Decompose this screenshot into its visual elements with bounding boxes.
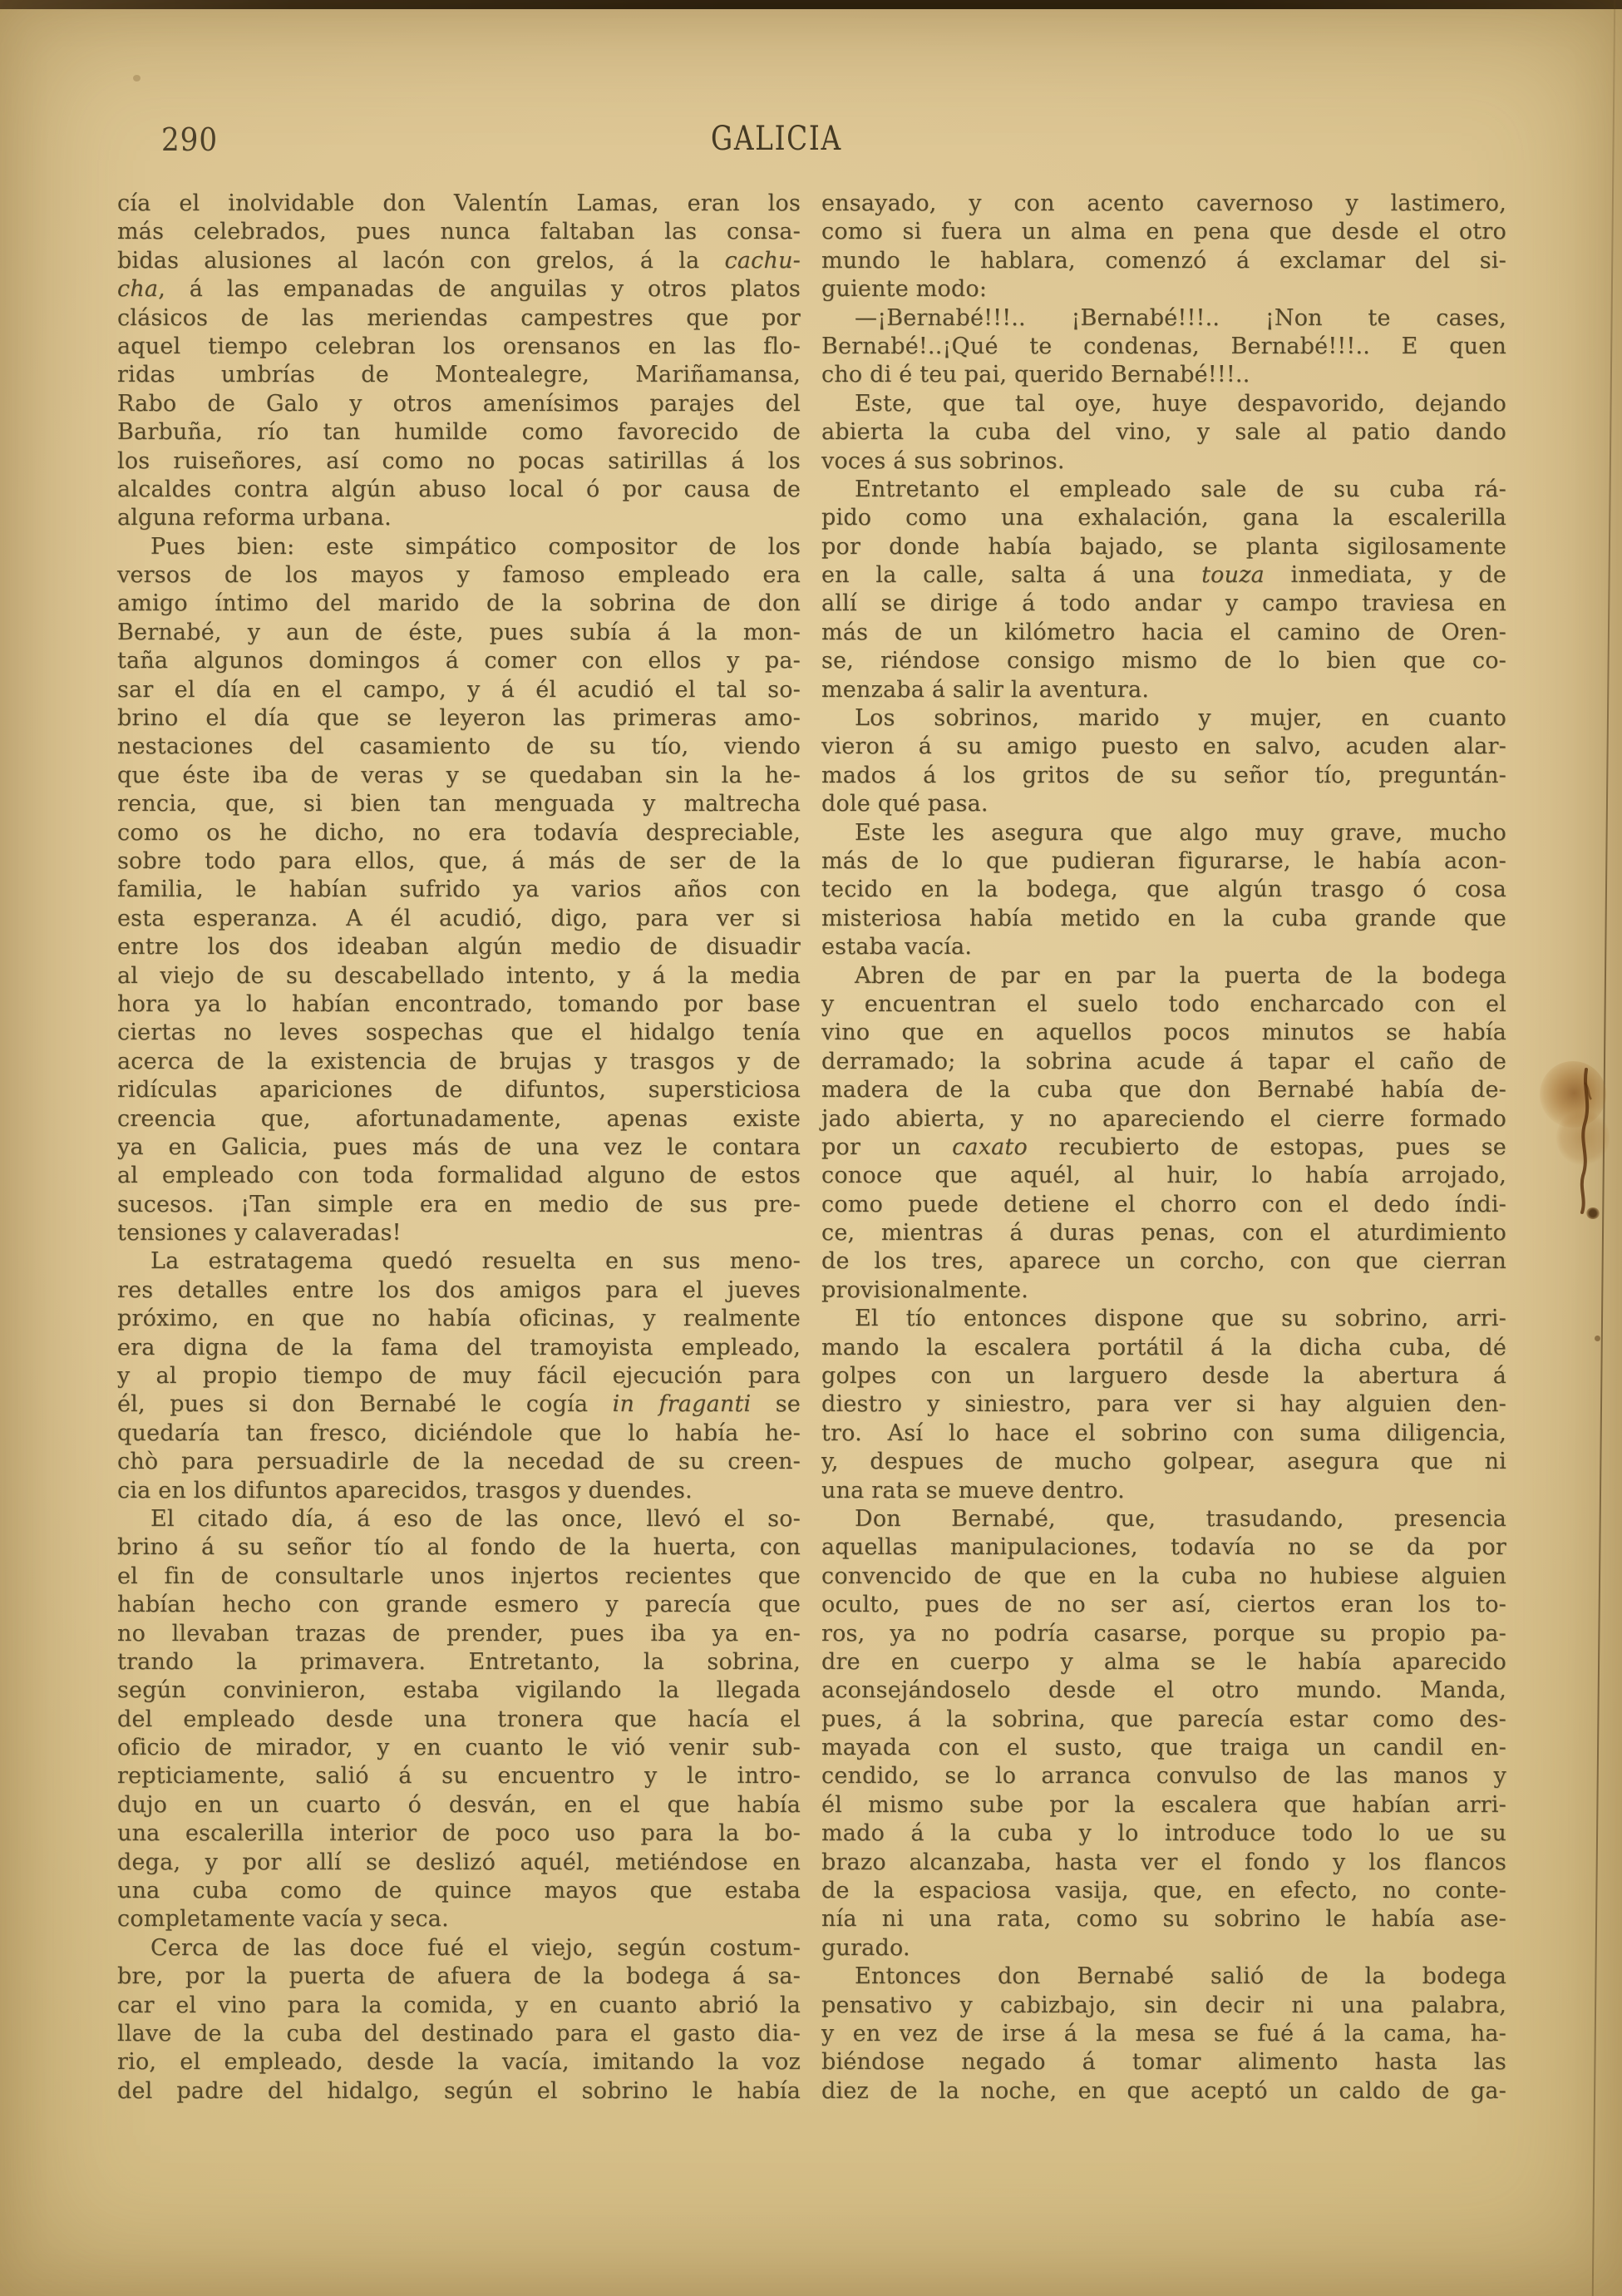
text-line: alguna reforma urbana. — [117, 504, 801, 532]
text-line: creencia que, afortunadamente, apenas ex… — [117, 1105, 801, 1133]
text-line: el fin de consultarle unos injertos reci… — [117, 1563, 801, 1591]
text-line: cha, á las empanadas de anguilas y otros… — [117, 275, 801, 304]
text-line: esta esperanza. A él acudió, digo, para … — [117, 905, 801, 933]
text-line: nía ni una rata, como su sobrino le habí… — [821, 1905, 1506, 1933]
text-line: como si fuera un alma en pena que desde … — [821, 218, 1506, 246]
text-line: amigo íntimo del marido de la sobrina de… — [117, 590, 801, 618]
text-line: provisionalmente. — [821, 1276, 1506, 1305]
text-line: sucesos. ¡Tan simple era en medio de sus… — [117, 1191, 801, 1219]
text-line: voces á sus sobrinos. — [821, 447, 1506, 476]
text-line: de los tres, aparece un corcho, con que … — [821, 1247, 1506, 1276]
text-line: ridículas apariciones de difuntos, super… — [117, 1076, 801, 1104]
text-line: ros, ya no podría casarse, porque su pro… — [821, 1620, 1506, 1648]
text-line: los ruiseñores, así como no pocas satiri… — [117, 447, 801, 476]
text-line: cia en los difuntos aparecidos, trasgos … — [117, 1477, 801, 1505]
text-column-right: ensayado, y con acento cavernoso y lasti… — [821, 190, 1506, 2106]
text-line: más de un kilómetro hacia el camino de O… — [821, 619, 1506, 647]
text-line: por un caxato recubierto de estopas, pue… — [821, 1133, 1506, 1162]
text-line: como os he dicho, no era todavía desprec… — [117, 819, 801, 847]
text-line: Entonces don Bernabé salió de la bodega — [821, 1963, 1506, 1991]
text-line: Bernabé, y aun de éste, pues subía á la … — [117, 619, 801, 647]
text-line: abierta la cuba del vino, y sale al pati… — [821, 418, 1506, 447]
text-line: una cuba como de quince mayos que estaba — [117, 1877, 801, 1905]
text-line: completamente vacía y seca. — [117, 1905, 801, 1933]
text-line: rencia, que, si bien tan menguada y malt… — [117, 790, 801, 818]
text-line: tecido en la bodega, que algún trasgo ó … — [821, 876, 1506, 904]
text-line: pido como una exhalación, gana la escale… — [821, 504, 1506, 532]
ink-squiggle-mark — [1568, 1066, 1605, 1216]
text-line: llave de la cuba del destinado para el g… — [117, 2020, 801, 2048]
text-line: aquellas manipulaciones, todavía no se d… — [821, 1533, 1506, 1562]
text-line: por donde había bajado, se planta sigilo… — [821, 533, 1506, 561]
text-line: Entretanto el empleado sale de su cuba r… — [821, 476, 1506, 504]
text-line: oculto, pues de no ser así, ciertos eran… — [821, 1591, 1506, 1619]
text-line: madera de la cuba que don Bernabé había … — [821, 1076, 1506, 1104]
ink-speck — [1586, 1207, 1600, 1219]
text-line: dega, y por allí se deslizó aquél, metié… — [117, 1849, 801, 1877]
text-line: Este les asegura que algo muy grave, muc… — [821, 819, 1506, 847]
text-line: gurado. — [821, 1934, 1506, 1963]
text-line: una escalerilla interior de poco uso par… — [117, 1820, 801, 1848]
text-line: más de lo que pudieran figurarse, le hab… — [821, 847, 1506, 876]
text-line: Barbuña, río tan humilde como favorecido… — [117, 418, 801, 447]
text-line: de la espaciosa vasija, que, en efecto, … — [821, 1877, 1506, 1905]
text-line: era digna de la fama del tramoyista empl… — [117, 1334, 801, 1362]
text-line: ridas umbrías de Montealegre, Mariñamans… — [117, 361, 801, 389]
text-line: estaba vacía. — [821, 933, 1506, 961]
text-line: Bernabé!..¡Qué te condenas, Bernabé!!!..… — [821, 333, 1506, 361]
text-column-left: cía el inolvidable don Valentín Lamas, e… — [117, 190, 801, 2106]
text-line: aquel tiempo celebran los orensanos en l… — [117, 333, 801, 361]
text-line: misteriosa había metido en la cuba grand… — [821, 905, 1506, 933]
text-line: sar el día en el campo, y á él acudió el… — [117, 676, 801, 704]
text-line: como puede detiene el chorro con el dedo… — [821, 1191, 1506, 1219]
text-line: Cerca de las doce fué el viejo, según co… — [117, 1934, 801, 1963]
text-line: bidas alusiones al lacón con grelos, á l… — [117, 247, 801, 275]
text-line: se, riéndose consigo mismo de lo bien qu… — [821, 647, 1506, 675]
text-line: del empleado desde una tronera que hacía… — [117, 1706, 801, 1734]
text-line: tensiones y calaveradas! — [117, 1219, 801, 1247]
text-line: Este, que tal oye, huye despavorido, dej… — [821, 390, 1506, 418]
text-line: pues, á la sobrina, que parecía estar co… — [821, 1706, 1506, 1734]
text-line: acerca de la existencia de brujas y tras… — [117, 1048, 801, 1076]
text-line: Abren de par en par la puerta de la bode… — [821, 962, 1506, 990]
text-line: brazo alcanzaba, hasta ver el fondo y lo… — [821, 1849, 1506, 1877]
text-line: y en vez de irse á la mesa se fué á la c… — [821, 2020, 1506, 2048]
text-line: y encuentran el suelo todo encharcado co… — [821, 990, 1506, 1019]
text-line: y al propio tiempo de muy fácil ejecució… — [117, 1362, 801, 1390]
text-line: mayada con el susto, que traiga un candi… — [821, 1734, 1506, 1762]
text-line: allí se dirige á todo andar y campo trav… — [821, 590, 1506, 618]
text-line: aconsejándoselo desde el otro mundo. Man… — [821, 1676, 1506, 1705]
text-line: mado á la cuba y lo introduce todo lo ue… — [821, 1820, 1506, 1848]
text-line: dujo en un cuarto ó desván, en el que ha… — [117, 1791, 801, 1820]
text-line: car el vino para la comida, y en cuanto … — [117, 1992, 801, 2020]
text-line: entre los dos ideaban algún medio de dis… — [117, 933, 801, 961]
text-line: mados á los gritos de su señor tío, preg… — [821, 762, 1506, 790]
text-line: —¡Bernabé!!!.. ¡Bernabé!!!.. ¡Non te cas… — [821, 304, 1506, 333]
text-line: alcaldes contra algún abuso local ó por … — [117, 476, 801, 504]
text-line: quedaría tan fresco, diciéndole que lo h… — [117, 1420, 801, 1448]
text-line: oficio de mirador, y en cuanto le vió ve… — [117, 1734, 801, 1762]
text-line: hora ya lo habían encontrado, tomando po… — [117, 990, 801, 1019]
text-line: una rata se mueve dentro. — [821, 1477, 1506, 1505]
text-line: brino el día que se leyeron las primeras… — [117, 704, 801, 733]
text-line: golpes con un larguero desde la abertura… — [821, 1362, 1506, 1390]
text-line: diestro y siniestro, para ver si hay alg… — [821, 1390, 1506, 1419]
ink-speck — [1595, 1336, 1600, 1341]
text-line: tro. Así lo hace el sobrino con suma dil… — [821, 1420, 1506, 1448]
text-line: mundo le hablara, comenzó á exclamar del… — [821, 247, 1506, 275]
text-line: jado abierta, y no apareciendo el cierre… — [821, 1105, 1506, 1133]
text-line: al empleado con toda formalidad alguno d… — [117, 1162, 801, 1190]
page-title: GALICIA — [711, 120, 842, 158]
text-line: cho di é teu pai, querido Bernabé!!!.. — [821, 361, 1506, 389]
text-line: pensativo y cabizbajo, sin decir ni una … — [821, 1992, 1506, 2020]
text-line: cía el inolvidable don Valentín Lamas, e… — [117, 190, 801, 218]
page-number: 290 — [161, 121, 218, 158]
text-line: vino que en aquellos pocos minutos se ha… — [821, 1019, 1506, 1047]
paper-speck — [133, 75, 141, 81]
text-line: él, pues si don Bernabé le cogía in frag… — [117, 1390, 801, 1419]
text-line: diez de la noche, en que aceptó un caldo… — [821, 2077, 1506, 2106]
text-line: El citado día, á eso de las once, llevó … — [117, 1505, 801, 1533]
text-line: él mismo sube por la escalera que habían… — [821, 1791, 1506, 1820]
text-line: dre en cuerpo y alma se le había apareci… — [821, 1648, 1506, 1676]
text-line: en la calle, salta á una touza inmediata… — [821, 561, 1506, 590]
text-line: según convinieron, estaba vigilando la l… — [117, 1676, 801, 1705]
text-line: mando la escalera portátil á la dicha cu… — [821, 1334, 1506, 1362]
text-line: habían hecho con grande esmero y parecía… — [117, 1591, 801, 1619]
scan-edge-top — [0, 0, 1622, 9]
text-line: trando la primavera. Entretanto, la sobr… — [117, 1648, 801, 1676]
text-line: Los sobrinos, marido y mujer, en cuanto — [821, 704, 1506, 733]
text-line: repticiamente, salió á su encuentro y le… — [117, 1762, 801, 1790]
text-line: ya en Galicia, pues más de una vez le co… — [117, 1133, 801, 1162]
text-line: próximo, en que no había oficinas, y rea… — [117, 1305, 801, 1333]
text-line: Don Bernabé, que, trasudando, presencia — [821, 1505, 1506, 1533]
text-line: dole qué pasa. — [821, 790, 1506, 818]
text-line: nestaciones del casamiento de su tío, vi… — [117, 733, 801, 761]
text-line: ce, mientras á duras penas, con el aturd… — [821, 1219, 1506, 1247]
text-line: no llevaban trazas de prender, pues iba … — [117, 1620, 801, 1648]
text-line: brino á su señor tío al fondo de la huer… — [117, 1533, 801, 1562]
text-line: guiente modo: — [821, 275, 1506, 304]
text-line: Pues bien: este simpático compositor de … — [117, 533, 801, 561]
text-line: y, despues de mucho golpear, asegura que… — [821, 1448, 1506, 1476]
text-line: bre, por la puerta de afuera de la bodeg… — [117, 1963, 801, 1991]
text-line: El tío entonces dispone que su sobrino, … — [821, 1305, 1506, 1333]
text-line: rio, el empleado, desde la vacía, imitan… — [117, 2048, 801, 2076]
text-line: biéndose negado á tomar alimento hasta l… — [821, 2048, 1506, 2076]
text-line: vieron á su amigo puesto en salvo, acude… — [821, 733, 1506, 761]
text-line: más celebrados, pues nunca faltaban las … — [117, 218, 801, 246]
text-line: sobre todo para ellos, que, á más de ser… — [117, 847, 801, 876]
text-line: derramado; la sobrina acude á tapar el c… — [821, 1048, 1506, 1076]
text-line: chò para persuadirle de la necedad de su… — [117, 1448, 801, 1476]
text-line: familia, le habían sufrido ya varios año… — [117, 876, 801, 904]
text-line: menzaba á salir la aventura. — [821, 676, 1506, 704]
text-line: ensayado, y con acento cavernoso y lasti… — [821, 190, 1506, 218]
text-line: clásicos de las meriendas campestres que… — [117, 304, 801, 333]
text-line: versos de los mayos y famoso empleado er… — [117, 561, 801, 590]
text-line: La estratagema quedó resuelta en sus men… — [117, 1247, 801, 1276]
text-line: que éste iba de veras y se quedaban sin … — [117, 762, 801, 790]
text-line: conoce que aquél, al huir, lo había arro… — [821, 1162, 1506, 1190]
book-page: 290 GALICIA cía el inolvidable don Valen… — [0, 0, 1622, 2296]
text-line: del padre del hidalgo, según el sobrino … — [117, 2077, 801, 2106]
text-line: res detalles entre los dos amigos para e… — [117, 1276, 801, 1305]
text-line: al viejo de su descabellado intento, y á… — [117, 962, 801, 990]
text-line: convencido de que en la cuba no hubiese … — [821, 1563, 1506, 1591]
text-line: taña algunos domingos á comer con ellos … — [117, 647, 801, 675]
text-line: ciertas no leves sospechas que el hidalg… — [117, 1019, 801, 1047]
text-line: Rabo de Galo y otros amenísimos parajes … — [117, 390, 801, 418]
text-line: cendido, se lo arranca convulso de las m… — [821, 1762, 1506, 1790]
